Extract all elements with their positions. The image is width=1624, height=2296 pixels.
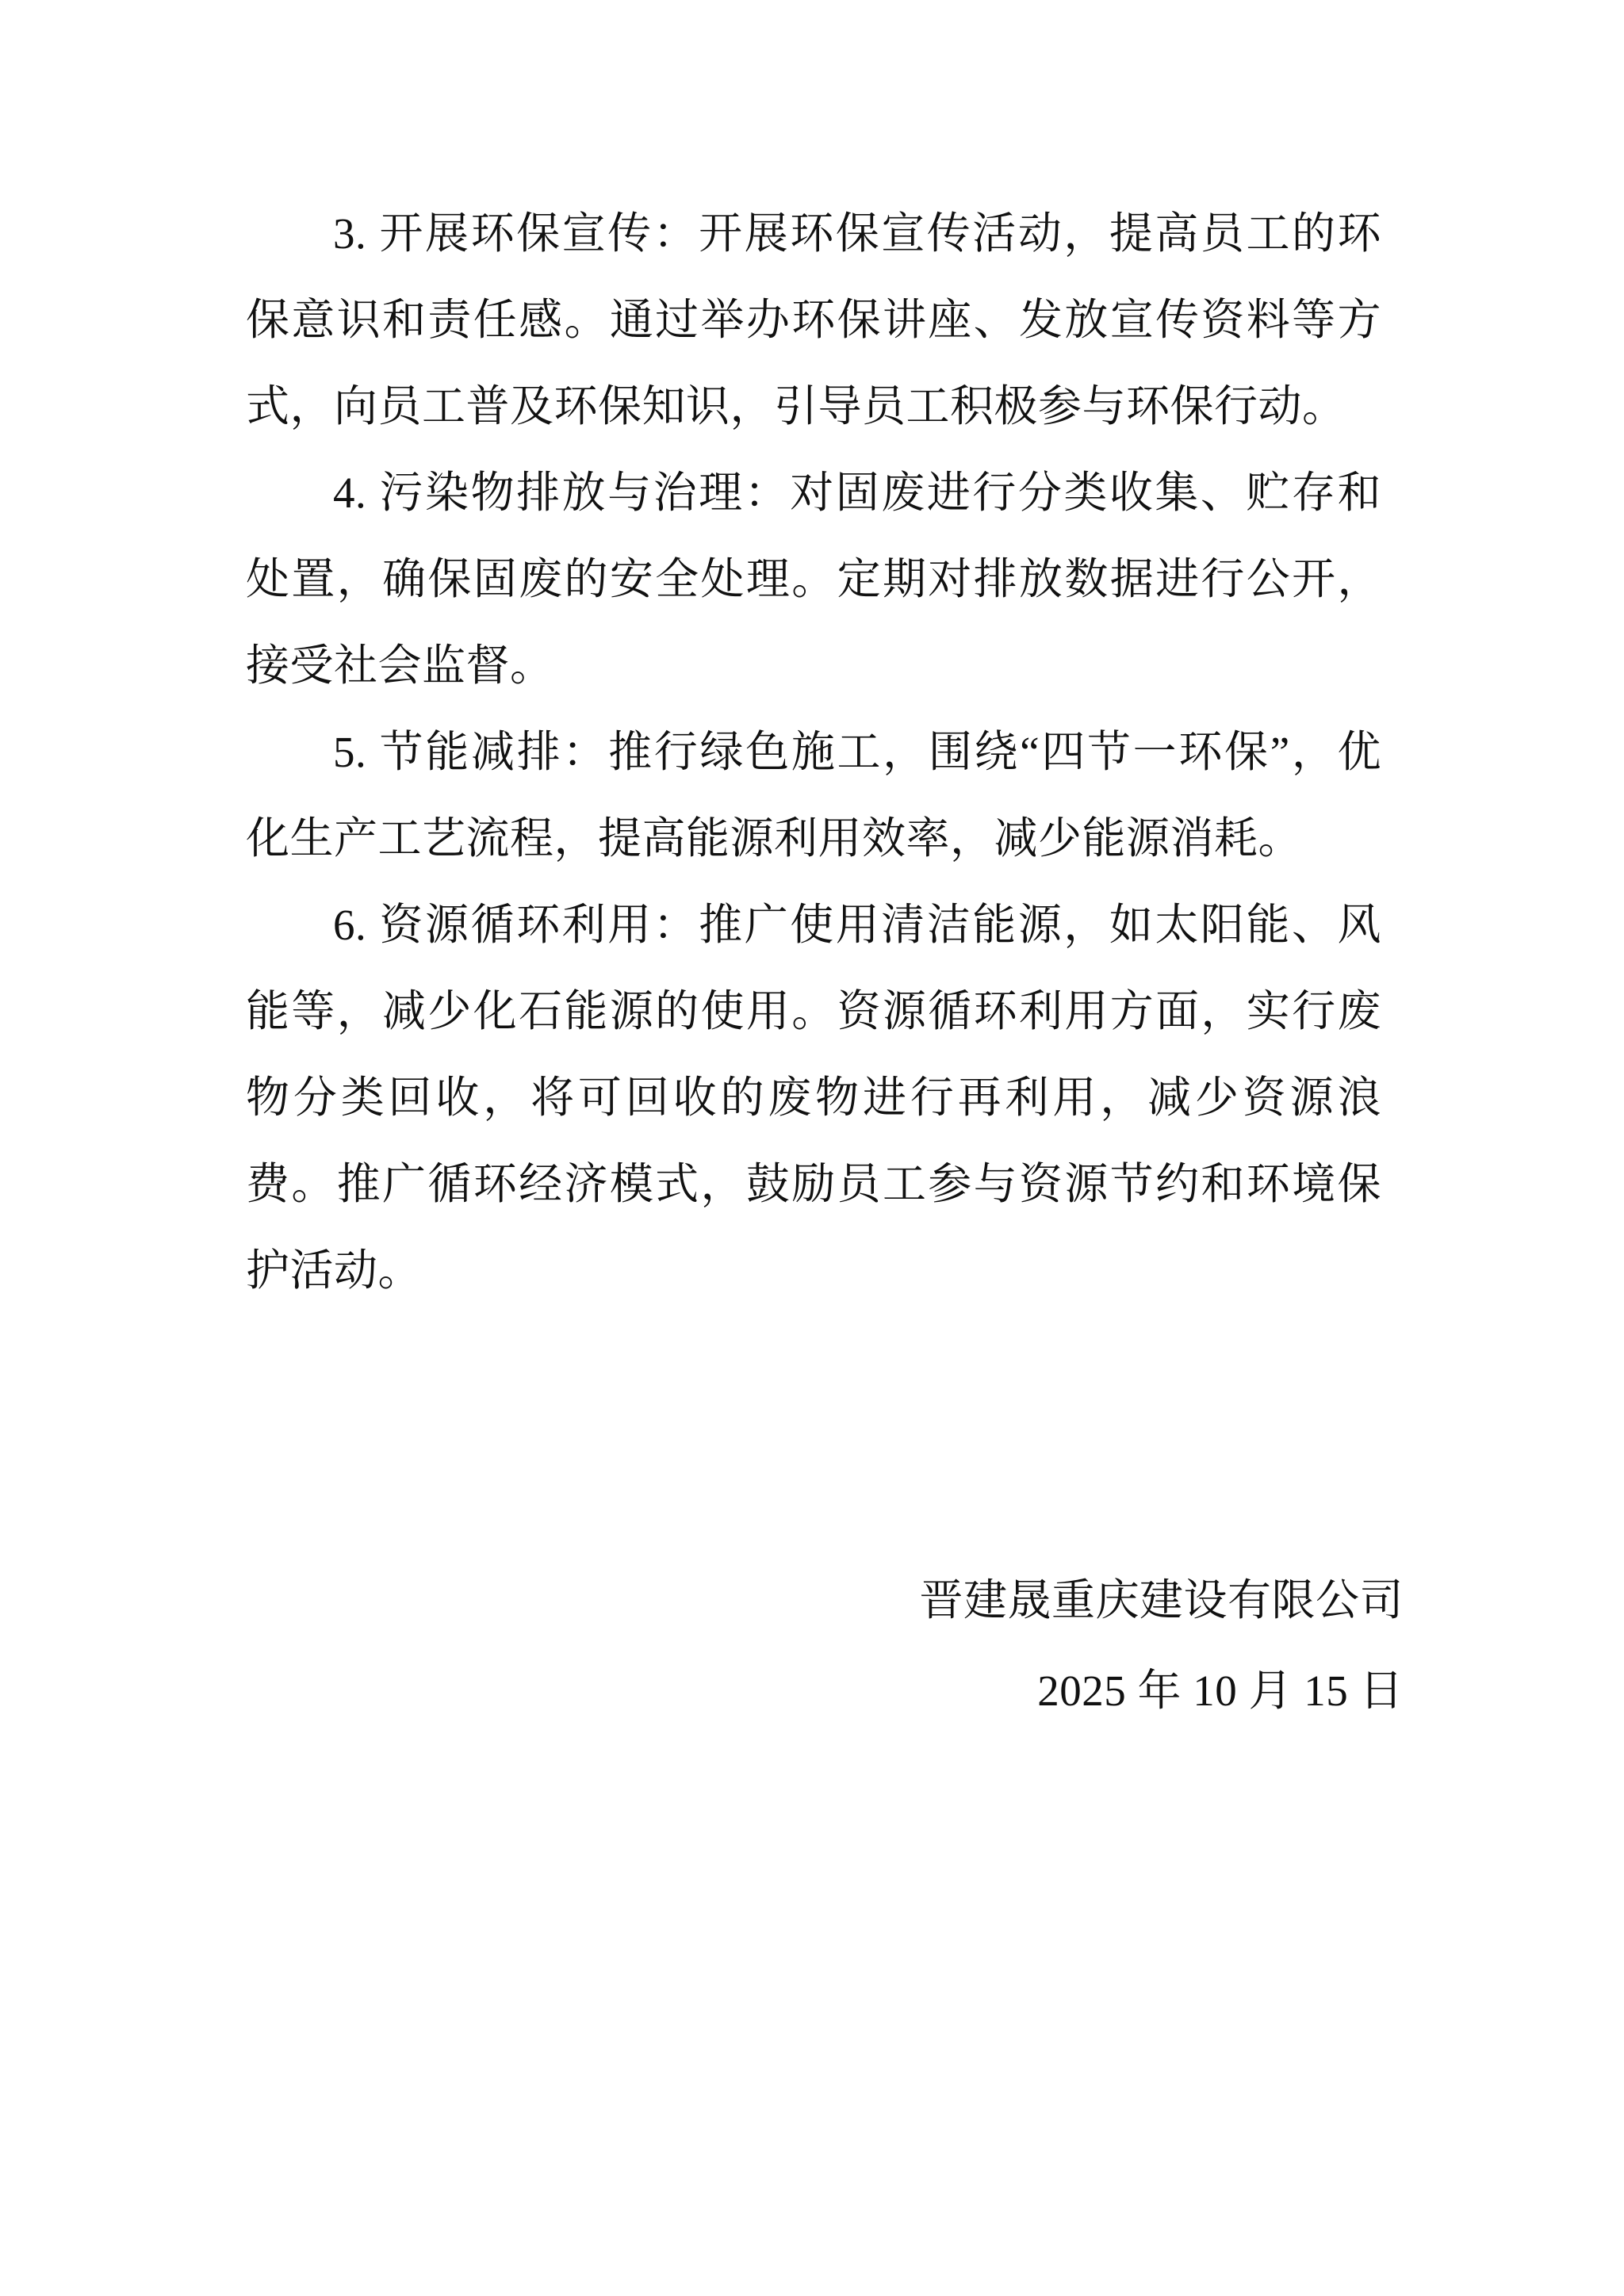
- paragraph-item-5: 5. 节能减排：推行绿色施工，围绕“四节一环保”，优化生产工艺流程，提高能源利用…: [246, 709, 1381, 882]
- paragraph-item-3: 3. 开展环保宣传：开展环保宣传活动，提高员工的环保意识和责任感。通过举办环保讲…: [246, 190, 1381, 450]
- signature-date: 2025 年 10 月 15 日: [919, 1646, 1404, 1736]
- signature-block: 晋建晟重庆建设有限公司 2025 年 10 月 15 日: [919, 1556, 1404, 1736]
- paragraph-item-6: 6. 资源循环利用：推广使用清洁能源，如太阳能、风能等，减少化石能源的使用。资源…: [246, 882, 1381, 1314]
- document-page: 3. 开展环保宣传：开展环保宣传活动，提高员工的环保意识和责任感。通过举办环保讲…: [0, 0, 1624, 2296]
- company-name: 晋建晟重庆建设有限公司: [919, 1556, 1404, 1646]
- policy-paragraph-list: 3. 开展环保宣传：开展环保宣传活动，提高员工的环保意识和责任感。通过举办环保讲…: [246, 190, 1381, 1314]
- paragraph-item-4: 4. 污染物排放与治理：对固废进行分类收集、贮存和处置，确保固废的安全处理。定期…: [246, 450, 1381, 709]
